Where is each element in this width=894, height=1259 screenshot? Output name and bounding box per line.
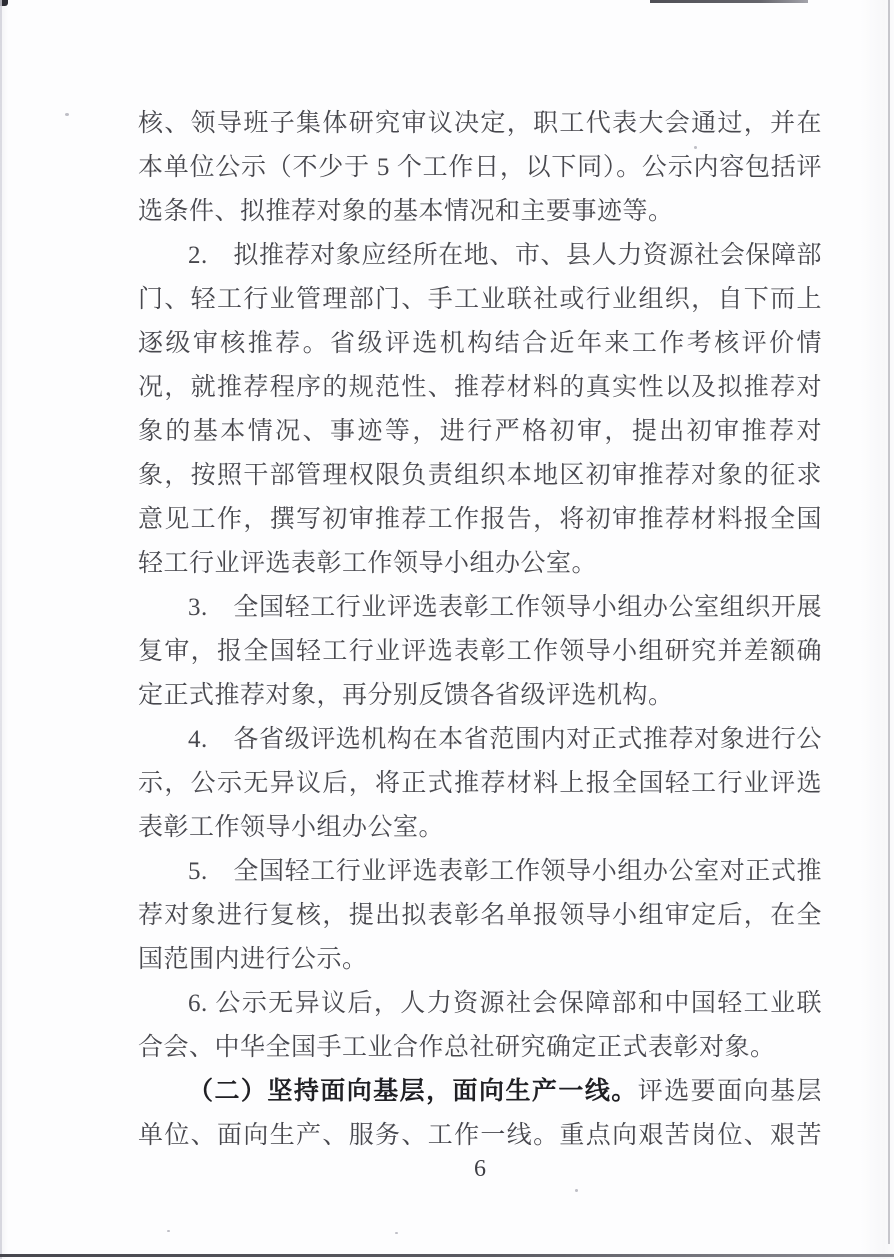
paragraph-step-2: 2. 拟推荐对象应经所在地、市、县人力资源社会保障部门、轻工行业管理部门、手工业…: [138, 234, 822, 586]
paragraph-step-6: 6. 公示无异议后，人力资源社会保障部和中国轻工业联合会、中华全国手工业合作总社…: [138, 982, 822, 1070]
scan-left-edge-line: [0, 0, 2, 1259]
paragraph-continuation: 核、领导班子集体研究审议决定，职工代表大会通过，并在本单位公示（不少于 5 个工…: [138, 102, 822, 234]
document-body: 核、领导班子集体研究审议决定，职工代表大会通过，并在本单位公示（不少于 5 个工…: [138, 102, 822, 1160]
paragraph-step-3: 3. 全国轻工行业评选表彰工作领导小组办公室组织开展复审，报全国轻工行业评选表彰…: [138, 586, 822, 718]
scan-speck: [65, 113, 69, 116]
scan-speck: [575, 1189, 578, 1192]
section-2-heading: （二）坚持面向基层，面向生产一线。: [188, 1078, 638, 1105]
page-number: 6: [138, 1152, 822, 1186]
scan-speck: [167, 1230, 170, 1232]
scan-bottom-edge-line: [0, 1254, 894, 1257]
paragraph-step-5: 5. 全国轻工行业评选表彰工作领导小组办公室对正式推荐对象进行复核，提出拟表彰名…: [138, 850, 822, 982]
paragraph-step-4: 4. 各省级评选机构在本省范围内对正式推荐对象进行公示，公示无异议后，将正式推荐…: [138, 718, 822, 850]
scanned-page: 核、领导班子集体研究审议决定，职工代表大会通过，并在本单位公示（不少于 5 个工…: [0, 0, 894, 1259]
scan-speck: [395, 1232, 398, 1234]
paragraph-section-2: （二）坚持面向基层，面向生产一线。评选要面向基层单位、面向生产、服务、工作一线。…: [138, 1070, 822, 1160]
scan-right-edge-line: [888, 0, 890, 1244]
scan-speck: [694, 146, 697, 149]
scan-top-edge-line: [650, 0, 808, 3]
